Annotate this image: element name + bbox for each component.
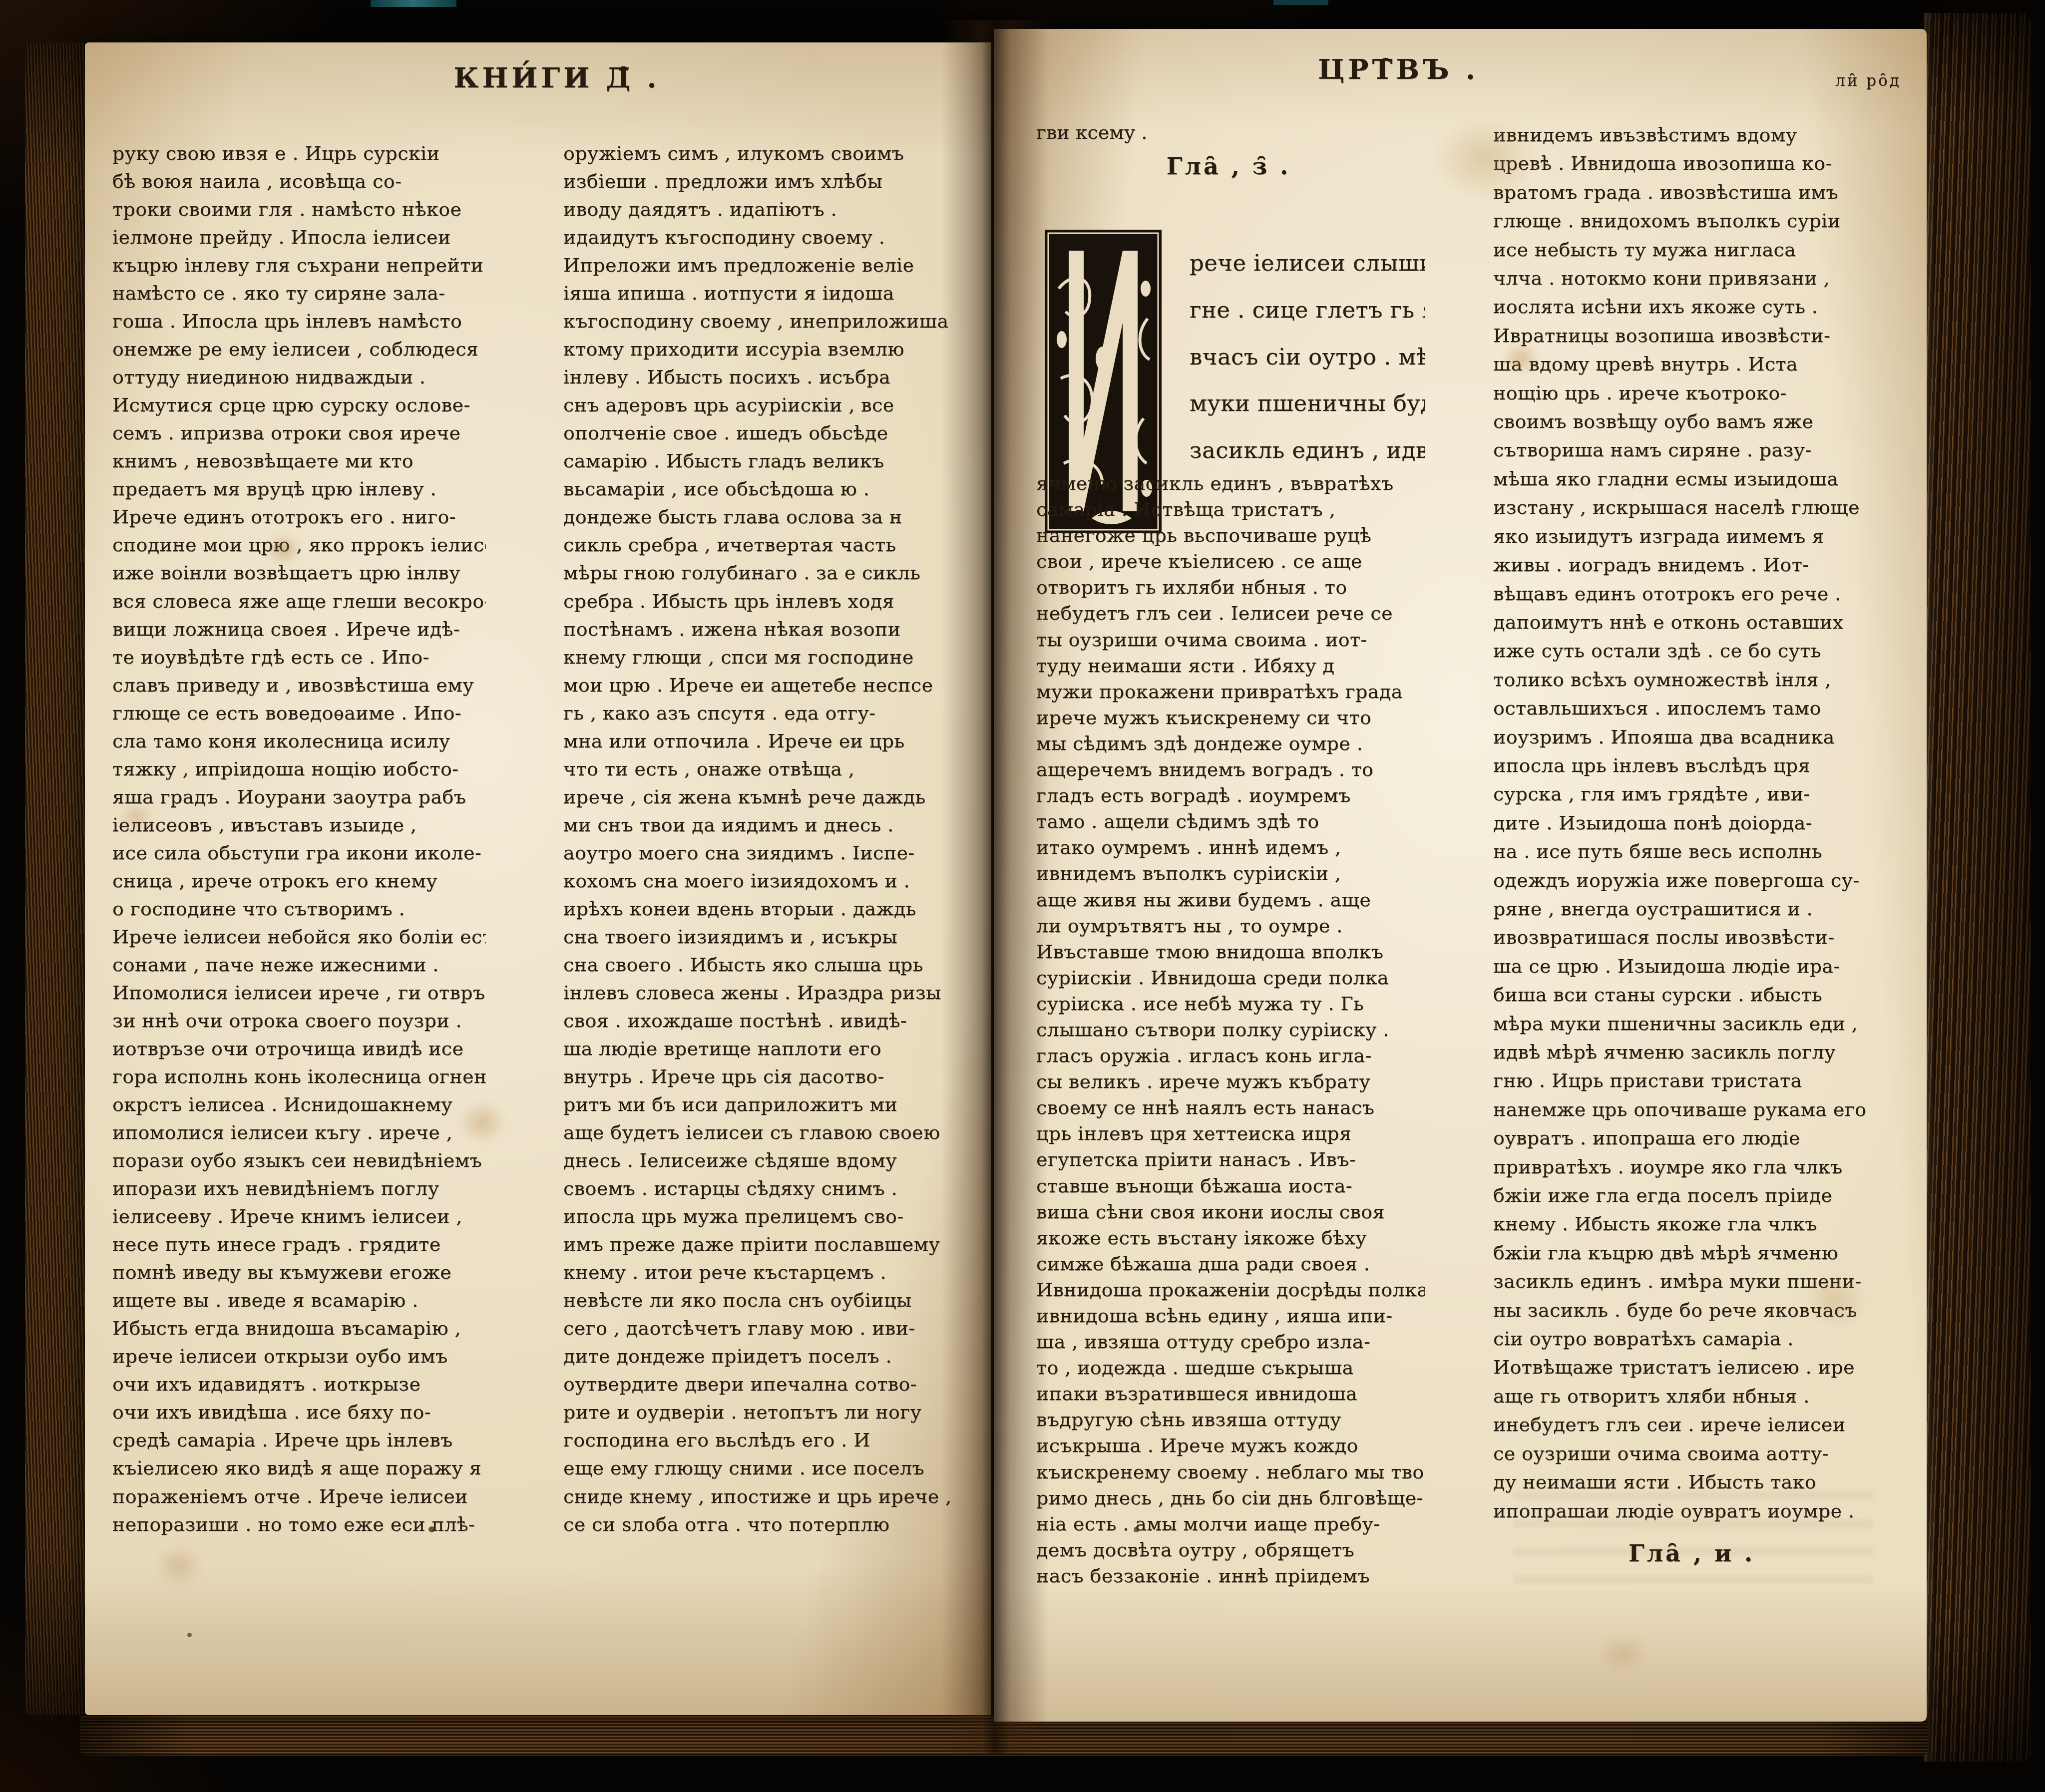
- text-line: нанемже црь опочиваше рукама его: [1493, 1098, 1890, 1120]
- text-line: исе небысть ту мужа нигласа: [1493, 239, 1890, 261]
- text-line: ставше вънощи бѣжаша иоста-: [1036, 1175, 1425, 1197]
- text-line: помнѣ иведу вы къмужеви егоже: [112, 1261, 486, 1283]
- foxing-stain: [1598, 1634, 1648, 1674]
- text-line: засикль единъ . имѣра муки пшени-: [1493, 1270, 1890, 1292]
- text-line: оутвердите двери ипечална сотво-: [563, 1373, 960, 1395]
- text-line: что ти есть , онаже отвѣща ,: [563, 758, 960, 780]
- text-line: нощію црь . ирече къотроко-: [1493, 382, 1890, 404]
- folio-number: ли̑ ро̑д: [1835, 72, 1901, 90]
- text-line: кнему . итои рече къстарцемъ .: [563, 1261, 960, 1283]
- text-line: бжіи гла къцрю двѣ мѣрѣ ячменю: [1493, 1242, 1890, 1264]
- text-line: пораженіемъ отче . Ирече іелисеи: [112, 1485, 486, 1507]
- text-line: ипорази ихъ невидѣніемъ поглу: [112, 1177, 486, 1199]
- text-line: кохомъ сна моего іизиядохомъ и .: [563, 870, 960, 892]
- text-line: ивозвратишася послы ивозвѣсти-: [1493, 926, 1890, 948]
- text-line: мѣра муки пшеничны засикль еди ,: [1493, 1013, 1890, 1035]
- text-line: сикль сребра , ичетвертая часть: [563, 534, 960, 556]
- left-page: КНИ́ГИ Д̑ . руку свою ивзя е . Ицрь сурс…: [85, 42, 991, 1715]
- text-line: самарію . Ибысть гладъ великъ: [563, 450, 960, 472]
- text-line: ащеречемъ внидемъ воградъ . то: [1036, 758, 1425, 780]
- ink-speck: [187, 1633, 192, 1637]
- text-line: ша се црю . Изыидоша людіе ира-: [1493, 955, 1890, 977]
- text-line: сътвориша намъ сиряне . разу-: [1493, 439, 1890, 461]
- text-line: ты оузриши очима своима . иот-: [1036, 629, 1425, 651]
- text-line: дите дондеже пріидетъ поселъ .: [563, 1345, 960, 1367]
- text-line: кнему глющи , спси мя господине: [563, 646, 960, 668]
- text-line: бжіи иже гла егда поселъ пріиде: [1493, 1184, 1890, 1206]
- text-line: гора исполнь конь іколесница огнена: [112, 1066, 486, 1087]
- next-chapter-heading: Гла̑ , и .: [1493, 1540, 1890, 1567]
- text-line: имъ преже даже пріити пославшему: [563, 1233, 960, 1255]
- text-line: ктому приходити иссуріа вземлю: [563, 338, 960, 360]
- text-line: ли оумрътвятъ ны , то оумре .: [1036, 915, 1425, 937]
- text-line: зи ннѣ очи отрока своего поузри .: [112, 1010, 486, 1032]
- text-line: внутрь . Ирече црь сія дасотво-: [563, 1066, 960, 1087]
- text-line: вѣщавъ единъ ототрокъ его рече .: [1493, 583, 1890, 605]
- text-line: самаріа . Иотвѣща тристатъ ,: [1036, 498, 1425, 520]
- text-line: туду неимаши ясти . Ибяху д: [1036, 655, 1425, 677]
- text-line: аоутро моего сна зиядимъ . Іиспе-: [563, 842, 960, 864]
- text-line: исъкрыша . Ирече мужъ кождо: [1036, 1434, 1425, 1456]
- text-line: ячменю засикль единъ , въвратѣхъ: [1036, 472, 1425, 494]
- text-line: ивнидемъ въполкъ суріискіи ,: [1036, 862, 1425, 884]
- text-line: живы . иоградъ внидемъ . Иот-: [1493, 554, 1890, 576]
- text-line: Ибысть егда внидоша въсамарію ,: [112, 1317, 486, 1339]
- text-line: на . исе путь бяше весь исполнь: [1493, 840, 1890, 862]
- text-line: іелисееву . Ирече книмъ іелисеи ,: [112, 1205, 486, 1227]
- text-line: троки своими гля . намѣсто нѣкое: [112, 198, 486, 220]
- text-line: рече іелисеи слышите слово: [1190, 250, 1425, 276]
- text-line: Иотвѣщаже тристатъ іелисею . ире: [1493, 1356, 1890, 1378]
- text-line: вьсамаріи , исе обьсѣдоша ю .: [563, 478, 960, 500]
- text-line: іелмоне прейду . Ипосла іелисеи: [112, 226, 486, 248]
- text-line: засикль единъ , идвѣ мѣрѣ: [1190, 437, 1425, 463]
- text-line: очи ихъ идавидятъ . иоткрызе: [112, 1373, 486, 1395]
- text-line: црь інлевъ цря хеттеиска ицря: [1036, 1122, 1425, 1144]
- text-line: Ивнидоша прокаженіи досрѣды полка: [1036, 1279, 1425, 1301]
- text-line: отворитъ гь ихляби нбныя . то: [1036, 576, 1425, 598]
- text-line: снъ адеровъ црь асуріискіи , все: [563, 394, 960, 416]
- text-line: сіи оутро вовратѣхъ самаріа .: [1493, 1328, 1890, 1350]
- text-line: сребра . Ибысть црь інлевъ ходя: [563, 590, 960, 612]
- text-line: суріиска . исе небѣ мужа ту . Гь: [1036, 993, 1425, 1015]
- text-line: идвѣ мѣрѣ ячменю засикль поглу: [1493, 1041, 1890, 1063]
- text-line: сниде кнему , ипостиже и црь ирече ,: [563, 1485, 960, 1507]
- text-line: члча . нотокмо кони привязани ,: [1493, 267, 1890, 289]
- text-line: гню . Ицрь пристави тристата: [1493, 1070, 1890, 1091]
- text-line: предаетъ мя вруцѣ црю інлеву .: [112, 478, 486, 500]
- text-column-right-2: ивнидемъ ивъзвѣстимъ вдомуцревѣ . Ивнидо…: [1493, 124, 1890, 1522]
- text-line: итако оумремъ . иннѣ идемъ ,: [1036, 836, 1425, 858]
- text-line: идаидутъ къгосподину своему .: [563, 226, 960, 248]
- text-column-left-1: руку свою ивзя е . Ицрь сурскіибѣ воюя н…: [112, 142, 486, 1535]
- text-line: вся словеса яже аще глеши весокро-: [112, 590, 486, 612]
- text-line: оставльшихъся . ипослемъ тамо: [1493, 697, 1890, 719]
- text-line: оувратъ . ипопраша его людіе: [1493, 1127, 1890, 1149]
- text-line: гне . сице глетъ гь яко: [1190, 297, 1425, 323]
- text-line: іяша ипиша . иотпусти я іидоша: [563, 282, 960, 304]
- text-line: еще ему глющу сними . исе поселъ: [563, 1457, 960, 1479]
- text-line: цревѣ . Ивнидоша ивозопиша ко-: [1493, 152, 1890, 174]
- text-line: якоже есть въстану іякоже бѣху: [1036, 1227, 1425, 1249]
- text-line: окрстъ іелисеа . Иснидошакнему: [112, 1093, 486, 1115]
- text-line: тяжку , ипріидоша нощію иобсто-: [112, 758, 486, 780]
- text-line: римо днесь , днь бо сіи днь блговѣще-: [1036, 1487, 1425, 1509]
- text-line: иоузримъ . Ипояша два всадника: [1493, 726, 1890, 748]
- text-line: вищи ложница своея . Ирече идѣ-: [112, 618, 486, 640]
- running-header-left: КНИ́ГИ Д̑ .: [357, 61, 757, 94]
- text-line: своему се ннѣ наялъ есть нанасъ: [1036, 1096, 1425, 1118]
- text-line: симже бѣжаша дша ради своея .: [1036, 1253, 1425, 1275]
- text-line: гь , како азъ спсутя . еда отгу-: [563, 702, 960, 724]
- text-line: нанегоже црь вьспочиваше руцѣ: [1036, 524, 1425, 546]
- text-line: семъ . ипризва отроки своя ирече: [112, 422, 486, 444]
- text-line: сна твоего іизиядимъ и , исъкры: [563, 926, 960, 948]
- text-line: ніа есть . амы молчи иаще пребу-: [1036, 1513, 1425, 1535]
- text-line: иводу даядятъ . идапіютъ .: [563, 198, 960, 220]
- text-line: ищете вы . иведе я всамарію .: [112, 1289, 486, 1311]
- text-line: ипомолися іелисеи къгу . ирече ,: [112, 1121, 486, 1143]
- text-line: дите . Изыидоша понѣ доіорда-: [1493, 812, 1890, 834]
- text-line: мужи прокажени привратѣхъ града: [1036, 681, 1425, 703]
- text-line: суріискіи . Ивнидоша среди полка: [1036, 967, 1425, 989]
- text-line: днесь . Іелисеиже сѣдяше вдому: [563, 1149, 960, 1171]
- text-line: порази оубо языкъ сеи невидѣніемъ: [112, 1149, 486, 1171]
- text-line: оружіемъ симъ , илукомъ своимъ: [563, 142, 960, 164]
- text-line: гоша . Ипосла црь інлевъ намѣсто: [112, 310, 486, 332]
- chapter-heading: Гла̑ , з̑ .: [1036, 153, 1421, 180]
- text-line: ми снъ твои да иядимъ и днесь .: [563, 814, 960, 836]
- page-edges-left: [25, 43, 87, 1715]
- text-line: изстану , искрышася населѣ глюще: [1493, 496, 1890, 518]
- text-line: руку свою ивзя е . Ицрь сурскіи: [112, 142, 486, 164]
- text-line: одеждъ иоружіа иже повергоша су-: [1493, 869, 1890, 891]
- text-line: се оузриши очима своима аотту-: [1493, 1442, 1890, 1464]
- text-line: сница , ирече отрокъ его кнему: [112, 870, 486, 892]
- text-line: ша вдому цревѣ внутрь . Иста: [1493, 353, 1890, 375]
- text-line: ивнидемъ ивъзвѣстимъ вдому: [1493, 124, 1890, 146]
- text-line: ны засикль . буде бо рече яковчасъ: [1493, 1299, 1890, 1321]
- text-line: аще живя ны живи будемъ . аще: [1036, 889, 1425, 911]
- text-line: иже воінли возвѣщаетъ црю інлву: [112, 562, 486, 584]
- text-line: сего , даотсѣчетъ главу мою . иви-: [563, 1317, 960, 1339]
- text-line: виша сѣни своя икони иослы своя: [1036, 1201, 1425, 1223]
- text-line: ирече іелисеи открызи оубо имъ: [112, 1345, 486, 1367]
- text-line: ирече , сія жена къмнѣ рече даждь: [563, 786, 960, 808]
- text-line: Ипреложи имъ предложеніе веліе: [563, 254, 960, 276]
- text-line: славъ приведу и , ивозвѣстиша ему: [112, 674, 486, 696]
- text-line: глюще . внидохомъ въполкъ суріи: [1493, 210, 1890, 232]
- text-line: очи ихъ ивидѣша . исе бяху по-: [112, 1401, 486, 1423]
- text-line: тамо . ащели сѣдимъ здѣ то: [1036, 810, 1425, 832]
- text-line: ирѣхъ конеи вдень вторыи . даждь: [563, 898, 960, 920]
- text-line: глюще се есть воведоѳаиме . Ипо-: [112, 702, 486, 724]
- text-line: насъ беззаконіе . иннѣ пріидемъ: [1036, 1565, 1425, 1587]
- text-line: Ивъставше тмою внидоша вполкъ: [1036, 941, 1425, 963]
- text-line: ивнидоша всѣнь едину , ияша ипи-: [1036, 1305, 1425, 1327]
- text-line: мѣры гною голубинаго . за е сикль: [563, 562, 960, 584]
- text-column-right-1: ячменю засикль единъ , въвратѣхъсамаріа …: [1036, 472, 1425, 1587]
- binding-ribbon-accent-2: [1273, 0, 1328, 5]
- text-line: сла тамо коня иколесница исилу: [112, 730, 486, 752]
- text-line: ша людіе вретище наплоти его: [563, 1038, 960, 1060]
- text-line: ипосла црь мужа прелицемъ сво-: [563, 1205, 960, 1227]
- text-line: сурска , гля имъ грядѣте , иви-: [1493, 783, 1890, 805]
- text-line: ша , ивзяша оттуду сребро изла-: [1036, 1331, 1425, 1353]
- text-line: аще будетъ іелисеи съ главою своею: [563, 1121, 960, 1143]
- text-line: Ипомолися іелисеи ирече , ги отвръ-: [112, 982, 486, 1004]
- text-line: книмъ , невозвѣщаете ми кто: [112, 450, 486, 472]
- text-line: непоразиши . но томо еже еси плѣ-: [112, 1513, 486, 1535]
- text-line: ду неимаши ясти . Ибысть тако: [1493, 1471, 1890, 1493]
- text-line: мы сѣдимъ здѣ дондеже оумре .: [1036, 732, 1425, 754]
- text-line: иослята исѣни ихъ якоже суть .: [1493, 296, 1890, 318]
- page-edges-right: [1924, 13, 2031, 1762]
- text-line: Ирече единъ ототрокъ его . ниго-: [112, 506, 486, 528]
- book-photograph: КНИ́ГИ Д̑ . руку свою ивзя е . Ицрь сурс…: [0, 0, 2045, 1792]
- text-line: ополченіе свое . ишедъ обьсѣде: [563, 422, 960, 444]
- text-line: свои , ирече къіелисею . се аще: [1036, 550, 1425, 572]
- text-line: иже суть остали здѣ . се бо суть: [1493, 640, 1890, 662]
- text-line: сна своего . Ибысть яко слыша црь: [563, 954, 960, 976]
- text-line: се си ѕлоба отга . что потерплю: [563, 1513, 960, 1535]
- text-line: ряне , внегда оустрашитися и .: [1493, 898, 1890, 920]
- text-line: Ивратницы возопиша ивозвѣсти-: [1493, 325, 1890, 347]
- text-line: те иоувѣдѣте гдѣ есть се . Ипо-: [112, 646, 486, 668]
- text-line: исе сила обьступи гра икони иколе-: [112, 842, 486, 864]
- text-line: яко изыидутъ изграда иимемъ я: [1493, 525, 1890, 547]
- running-header-right: ЦРТ̑ВЪ .: [1248, 53, 1548, 85]
- text-line: слышано сътвори полку суріиску .: [1036, 1019, 1425, 1041]
- text-line: сподине мои црю , яко пррокъ іелисеи: [112, 534, 486, 556]
- text-line: своемъ . истарцы сѣдяху снимъ .: [563, 1177, 960, 1199]
- text-line: гладъ есть воградѣ . иоумремъ: [1036, 784, 1425, 806]
- text-line: ипосла црь інлевъ въслѣдъ цря: [1493, 754, 1890, 776]
- text-line: инебудетъ глъ сеи . ирече іелисеи: [1493, 1414, 1890, 1435]
- binding-ribbon-accent: [371, 0, 456, 7]
- text-line: биша вси станы сурски . ибысть: [1493, 984, 1890, 1006]
- text-line: онемже ре ему іелисеи , соблюдеся: [112, 338, 486, 360]
- text-line: іелисеовъ , ивъставъ изыиде ,: [112, 814, 486, 836]
- text-line: вчасъ сіи оутро . мѣра: [1190, 344, 1425, 370]
- text-line: ипаки възратившеся ивнидоша: [1036, 1383, 1425, 1405]
- text-line: мѣша яко гладни есмы изыидоша: [1493, 468, 1890, 490]
- text-line: мна или отпочила . Ирече еи црь: [563, 730, 960, 752]
- text-line: демъ досвѣта оутру , обрящетъ: [1036, 1539, 1425, 1561]
- text-line: къцрю інлеву гля съхрани непрейти: [112, 254, 486, 276]
- text-line: егупетска пріити нанасъ . Ивъ-: [1036, 1148, 1425, 1170]
- text-line: намѣсто се . яко ту сиряне зала-: [112, 282, 486, 304]
- text-line: привратѣхъ . иоумре яко гла члкъ: [1493, 1156, 1890, 1178]
- text-line: сы великъ . ирече мужъ къбрату: [1036, 1071, 1425, 1092]
- text-column-right-1-opening: рече іелисеи слышите словогне . сице гле…: [1190, 250, 1425, 463]
- text-line: къискренему своему . неблаго мы тво-: [1036, 1461, 1425, 1483]
- catchline: гви ксему .: [1036, 121, 1147, 143]
- text-line: небудетъ глъ сеи . Іелисеи рече се: [1036, 602, 1425, 624]
- text-line: гласъ оружіа . игласъ конь игла-: [1036, 1045, 1425, 1067]
- text-line: дапоимутъ ннѣ е отконь оставших: [1493, 611, 1890, 633]
- text-line: къіелисею яко видѣ я аще поражу я: [112, 1457, 486, 1479]
- text-line: ирече мужъ къискренему си что: [1036, 707, 1425, 728]
- text-line: несе путь инесе градъ . грядите: [112, 1233, 486, 1255]
- text-line: средѣ самаріа . Ирече црь інлевъ: [112, 1429, 486, 1451]
- text-line: избіеши . предложи имъ хлѣбы: [563, 170, 960, 192]
- text-line: Исмутися срце црю сурску ослове-: [112, 394, 486, 416]
- text-column-left-2: оружіемъ симъ , илукомъ своимъизбіеши . …: [563, 142, 960, 1535]
- text-line: дондеже бысть глава ослова за н: [563, 506, 960, 528]
- text-line: о господине что сътворимъ .: [112, 898, 486, 920]
- text-line: своя . ихождаше постѣнѣ . ивидѣ-: [563, 1010, 960, 1032]
- text-line: невѣсте ли яко посла снъ оубіицы: [563, 1289, 960, 1311]
- text-line: бѣ воюя наила , исовѣща со-: [112, 170, 486, 192]
- text-line: къгосподину своему , инеприложиша: [563, 310, 960, 332]
- text-line: аще гь отворитъ хляби нбныя .: [1493, 1385, 1890, 1407]
- text-line: сонами , паче неже ижесними .: [112, 954, 486, 976]
- text-line: ипопрашаи людіе оувратъ иоумре .: [1493, 1500, 1890, 1522]
- text-line: постѣнамъ . ижена нѣкая возопи: [563, 618, 960, 640]
- text-line: мои црю . Ирече еи ащетебе неспсе: [563, 674, 960, 696]
- text-line: муки пшеничны будетъ: [1190, 390, 1425, 416]
- right-page: ЦРТ̑ВЪ . ли̑ ро̑д гви ксему . Гла̑ , з̑ …: [994, 29, 1927, 1722]
- text-line: яша градъ . Иоурани заоутра рабъ: [112, 786, 486, 808]
- text-line: вратомъ града . ивозвѣстиша имъ: [1493, 181, 1890, 203]
- text-line: оттуду ниединою нидваждыи .: [112, 366, 486, 388]
- text-line: Ирече іелисеи небойся яко боліи есть: [112, 926, 486, 948]
- text-line: то , иодежда . шедше съкрыша: [1036, 1357, 1425, 1379]
- text-line: інлеву . Ибысть посихъ . исъбра: [563, 366, 960, 388]
- text-line: інлевъ словеса жены . Ираздра ризы: [563, 982, 960, 1004]
- text-line: толико всѣхъ оумножествѣ інля ,: [1493, 669, 1890, 691]
- text-line: ритъ ми бъ иси даприложитъ ми: [563, 1093, 960, 1115]
- text-line: рите и оудверіи . нетопътъ ли ногу: [563, 1401, 960, 1423]
- text-line: своимъ возвѣщу оубо вамъ яже: [1493, 410, 1890, 432]
- text-line: въдругую сѣнь ивзяша оттуду: [1036, 1409, 1425, 1431]
- text-line: кнему . Ибысть якоже гла члкъ: [1493, 1213, 1890, 1235]
- text-line: господина его вьслѣдъ его . И: [563, 1429, 960, 1451]
- foxing-stain: [155, 1545, 203, 1585]
- text-line: иотвръзе очи отрочища ивидѣ исе: [112, 1038, 486, 1060]
